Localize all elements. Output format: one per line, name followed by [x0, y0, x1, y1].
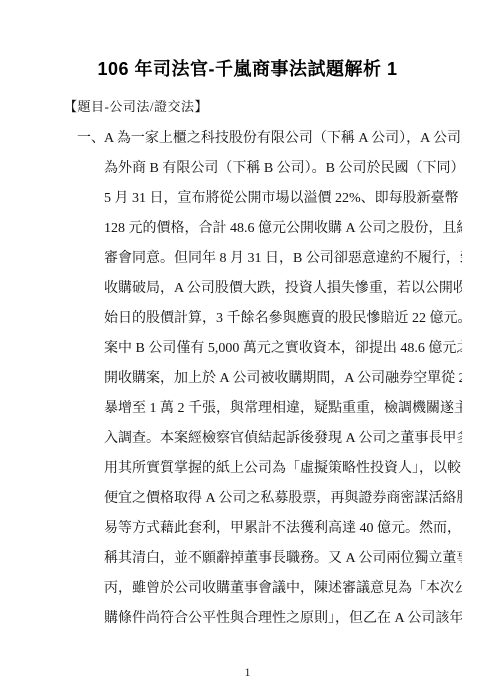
question-line: 購條件尚符合公平性與合理性之原則」，但乙在 A 公司該年度共	[104, 604, 462, 634]
question-line: 稱其清白，並不願辭掉董事長職務。又 A 公司兩位獨立董事乙與	[104, 544, 462, 574]
question-line: 入調查。本案經檢察官偵結起訴後發現 A 公司之董事長甲多次利	[104, 424, 462, 454]
question-line: 審會同意。但同年 8 月 31 日，B 公司卻惡意違約不履行，致使	[104, 244, 462, 274]
question-line: 易等方式藉此套利，甲累計不法獲利高達 40 億元。然而，甲堅	[104, 514, 462, 544]
question-line: 收購破局，A 公司股價大跌，投資人損失慘重，若以公開收購起	[104, 274, 462, 304]
question-line: 暴增至 1 萬 2 千張，與常理相違，疑點重重，檢調機關遂主動介	[104, 394, 462, 424]
question-line: 開收購案，加上於 A 公司被收購期間，A 公司融券空單從 2 千張	[104, 364, 462, 394]
question-line: A 為一家上櫃之科技股份有限公司（下稱 A 公司），A 公司大股東	[104, 124, 462, 154]
question-line: 128 元的價格，合計 48.6 億元公開收購 A 公司之股份，且經投	[104, 214, 462, 244]
question-lines: A 為一家上櫃之科技股份有限公司（下稱 A 公司），A 公司大股東為外商 B 有…	[104, 124, 462, 634]
question-line: 為外商 B 有限公司（下稱 B 公司）。B 公司於民國（下同）105 年	[104, 154, 462, 184]
page-number: 1	[0, 665, 495, 680]
question-paragraph: 一、 A 為一家上櫃之科技股份有限公司（下稱 A 公司），A 公司大股東為外商 …	[104, 124, 462, 634]
document-page: 106 年司法官-千嵐商事法試題解析 1 【題目-公司法/證交法】 一、 A 為…	[0, 0, 495, 700]
question-line: 5 月 31 日，宣布將從公開市場以溢價 22%、即每股新臺幣（下同）	[104, 184, 462, 214]
question-number-marker: 一、	[77, 124, 105, 154]
question-line: 始日的股價計算，3 千餘名參與應賣的股民慘賠近 22 億元。本	[104, 304, 462, 334]
section-heading: 【題目-公司法/證交法】	[64, 98, 495, 116]
question-line: 案中 B 公司僅有 5,000 萬元之實收資本，卻提出 48.6 億元之公	[104, 334, 462, 364]
question-line: 丙，雖曾於公司收購董事會議中，陳述審議意見為「本次公開收	[104, 574, 462, 604]
question-line: 用其所實質掌握的紙上公司為「虛擬策略性投資人」，以較時價	[104, 454, 462, 484]
question-line: 便宜之價格取得 A 公司之私募股票，再與證券商密謀活絡股票交	[104, 484, 462, 514]
document-title: 106 年司法官-千嵐商事法試題解析 1	[0, 0, 495, 81]
